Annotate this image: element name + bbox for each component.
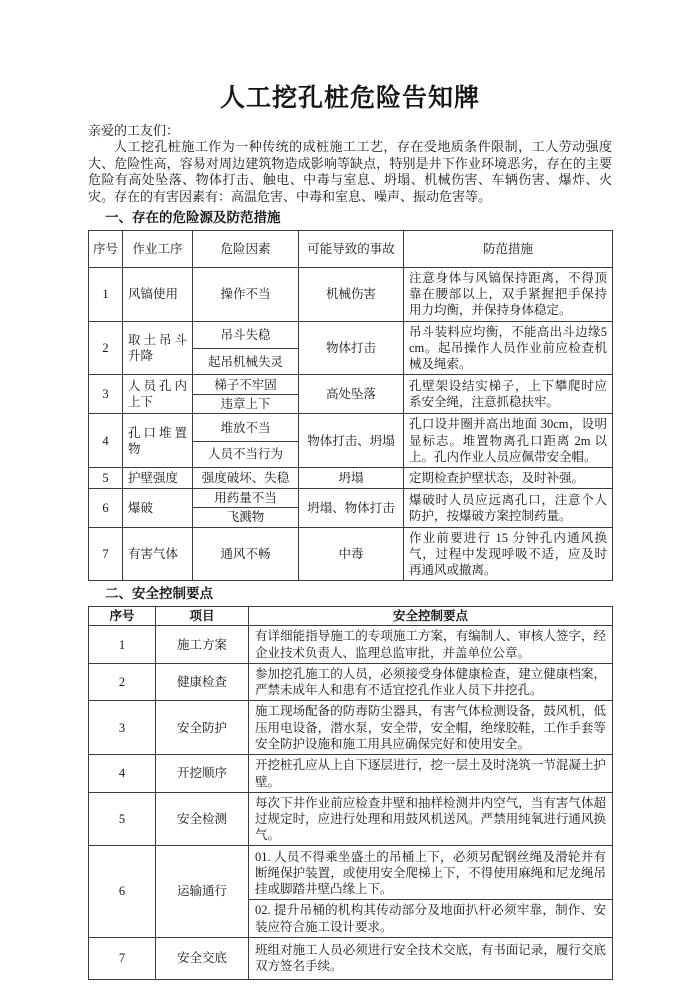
section2-heading: 二、安全控制要点 <box>88 585 612 602</box>
table-row: 7 有害气体 通风不畅 中毒 作业前要进行 15 分钟孔内通风换气，过程中发现呼… <box>89 527 613 581</box>
row-no: 2 <box>89 663 156 700</box>
row-no: 2 <box>89 321 123 375</box>
header-item: 项目 <box>156 607 249 626</box>
section1-heading: 一、存在的危险源及防范措施 <box>88 209 612 226</box>
row-factor: 飞溅物 <box>193 508 299 527</box>
table-row: 3 人员孔内上下 梯子不牢固 高处坠落 孔壁架设结实梯子，上下攀爬时应系安全绳，… <box>89 375 613 395</box>
row-no: 1 <box>89 626 156 663</box>
page-title: 人工挖孔桩危险告知牌 <box>88 84 612 112</box>
row-process: 人员孔内上下 <box>123 375 193 414</box>
row-process: 取土吊斗升降 <box>123 321 193 375</box>
table-row: 1 施工方案 有详细能指导施工的专项施工方案，有编制人、审核人签字，经企业技术负… <box>89 626 613 663</box>
row-process: 爆破 <box>123 489 193 527</box>
table-row: 2 健康检查 参加挖孔施工的人员，必须接受身体健康检查，建立健康档案，严禁未成年… <box>89 663 613 700</box>
row-factor: 起吊机械失灵 <box>193 348 299 374</box>
row-accident: 物体打击、坍塌 <box>299 414 404 468</box>
table-row: 4 孔口堆置物 堆放不当 物体打击、坍塌 孔口设井圈并高出地面 30cm，设明显… <box>89 414 613 441</box>
row-factor: 用药量不当 <box>193 489 299 508</box>
row-no: 4 <box>89 755 156 792</box>
header-accident: 可能导致的事故 <box>299 231 404 268</box>
hazard-table: 序号 作业工序 危险因素 可能导致的事故 防范措施 1 风镐使用 操作不当 机械… <box>88 230 613 581</box>
row-no: 5 <box>89 792 156 846</box>
greeting-line: 亲爱的工友们： <box>88 123 612 139</box>
header-no: 序号 <box>89 231 123 268</box>
row-measure: 定期检查护壁状态，及时补强。 <box>404 468 613 489</box>
row-no: 7 <box>89 527 123 581</box>
row-factor: 吊斗失稳 <box>193 321 299 348</box>
row-no: 1 <box>89 268 123 322</box>
row-factor: 人员不当行为 <box>193 441 299 467</box>
header-no: 序号 <box>89 607 156 626</box>
row-accident: 坍塌、物体打击 <box>299 489 404 527</box>
row-factor: 操作不当 <box>193 268 299 322</box>
row-accident: 中毒 <box>299 527 404 581</box>
row-measure: 孔壁架设结实梯子，上下攀爬时应系安全绳，注意抓稳扶牢。 <box>404 375 613 414</box>
row-factor: 梯子不牢固 <box>193 375 299 395</box>
header-process: 作业工序 <box>123 231 193 268</box>
row-points: 有详细能指导施工的专项施工方案，有编制人、审核人签字，经企业技术负责人、监理总监… <box>249 626 613 663</box>
row-measure: 作业前要进行 15 分钟孔内通风换气，过程中发现呼吸不适，应及时再通风或撤离。 <box>404 527 613 581</box>
row-measure: 吊斗装料应均衡，不能高出斗边缘5cm。起吊操作人员作业前应检查机械及绳索。 <box>404 321 613 375</box>
row-process: 风镐使用 <box>123 268 193 322</box>
row-no: 6 <box>89 846 156 937</box>
row-measure: 爆破时人员应远离孔口，注意个人防护，按爆破方案控制药量。 <box>404 489 613 527</box>
intro-paragraph: 人工挖孔桩施工作为一种传统的成桩施工工艺，存在受地质条件限制，工人劳动强度大、危… <box>88 139 612 205</box>
row-accident: 坍塌 <box>299 468 404 489</box>
table-row: 2 取土吊斗升降 吊斗失稳 物体打击 吊斗装料应均衡，不能高出斗边缘5cm。起吊… <box>89 321 613 348</box>
row-item: 施工方案 <box>156 626 249 663</box>
row-item: 开挖顺序 <box>156 755 249 792</box>
row-factor: 违章上下 <box>193 395 299 414</box>
safety-control-table: 序号 项目 安全控制要点 1 施工方案 有详细能指导施工的专项施工方案，有编制人… <box>88 606 613 979</box>
hazard-table-header-row: 序号 作业工序 危险因素 可能导致的事故 防范措施 <box>89 231 613 268</box>
row-accident: 物体打击 <box>299 321 404 375</box>
row-item: 运输通行 <box>156 846 249 937</box>
header-points: 安全控制要点 <box>249 607 613 626</box>
row-process: 孔口堆置物 <box>123 414 193 468</box>
row-measure: 孔口设井圈并高出地面 30cm，设明显标志。堆置物离孔口距离 2m 以上。孔内作… <box>404 414 613 468</box>
row-accident: 机械伤害 <box>299 268 404 322</box>
row-points: 02. 提升吊桶的机构其传动部分及地面扒杆必须牢靠，制作、安装应符合施工设计要求… <box>249 900 613 937</box>
row-item: 健康检查 <box>156 663 249 700</box>
row-points: 每次下井作业前应检查井壁和抽样检测井内空气，当有害气体超过规定时，应进行处理和用… <box>249 792 613 846</box>
table-row: 5 安全检测 每次下井作业前应检查井壁和抽样检测井内空气，当有害气体超过规定时，… <box>89 792 613 846</box>
row-factor: 通风不畅 <box>193 527 299 581</box>
table-row: 6 运输通行 01. 人员不得乘坐盛土的吊桶上下，必须另配钢丝绳及滑轮并有断绳保… <box>89 846 613 900</box>
table-row: 3 安全防护 施工现场配备的防毒防尘器具，有害气体检测设备，鼓风机，低压用电设备… <box>89 701 613 755</box>
row-points: 班组对施工人员必须进行安全技术交底，有书面记录，履行交底双方签名手续。 <box>249 937 613 979</box>
row-item: 安全检测 <box>156 792 249 846</box>
row-points: 开挖桩孔应从上自下逐层进行，挖一层土及时浇筑一节混凝土护壁。 <box>249 755 613 792</box>
row-measure: 注意身体与风镐保持距离，不得顶靠在腰部以上，双手紧握把手保持用力均衡，并保持身体… <box>404 268 613 322</box>
header-factor: 危险因素 <box>193 231 299 268</box>
header-measure: 防范措施 <box>404 231 613 268</box>
row-no: 7 <box>89 937 156 979</box>
row-no: 6 <box>89 489 123 527</box>
row-process: 有害气体 <box>123 527 193 581</box>
safety-table-header-row: 序号 项目 安全控制要点 <box>89 607 613 626</box>
row-factor: 强度破坏、失稳 <box>193 468 299 489</box>
table-row: 6 爆破 用药量不当 坍塌、物体打击 爆破时人员应远离孔口，注意个人防护，按爆破… <box>89 489 613 508</box>
table-row: 4 开挖顺序 开挖桩孔应从上自下逐层进行，挖一层土及时浇筑一节混凝土护壁。 <box>89 755 613 792</box>
row-points: 施工现场配备的防毒防尘器具，有害气体检测设备，鼓风机，低压用电设备，潜水泵，安全… <box>249 701 613 755</box>
table-row: 5 护壁强度 强度破坏、失稳 坍塌 定期检查护壁状态，及时补强。 <box>89 468 613 489</box>
row-points: 01. 人员不得乘坐盛土的吊桶上下，必须另配钢丝绳及滑轮并有断绳保护装置，或使用… <box>249 846 613 900</box>
table-row: 1 风镐使用 操作不当 机械伤害 注意身体与风镐保持距离，不得顶靠在腰部以上，双… <box>89 268 613 322</box>
row-no: 5 <box>89 468 123 489</box>
row-accident: 高处坠落 <box>299 375 404 414</box>
row-item: 安全防护 <box>156 701 249 755</box>
row-points: 参加挖孔施工的人员，必须接受身体健康检查，建立健康档案，严禁未成年人和患有不适宜… <box>249 663 613 700</box>
row-no: 4 <box>89 414 123 468</box>
row-item: 安全交底 <box>156 937 249 979</box>
row-factor: 堆放不当 <box>193 414 299 441</box>
document-page: 人工挖孔桩危险告知牌 亲爱的工友们： 人工挖孔桩施工作为一种传统的成桩施工工艺，… <box>0 0 700 989</box>
row-no: 3 <box>89 701 156 755</box>
row-process: 护壁强度 <box>123 468 193 489</box>
row-no: 3 <box>89 375 123 414</box>
table-row: 7 安全交底 班组对施工人员必须进行安全技术交底，有书面记录，履行交底双方签名手… <box>89 937 613 979</box>
